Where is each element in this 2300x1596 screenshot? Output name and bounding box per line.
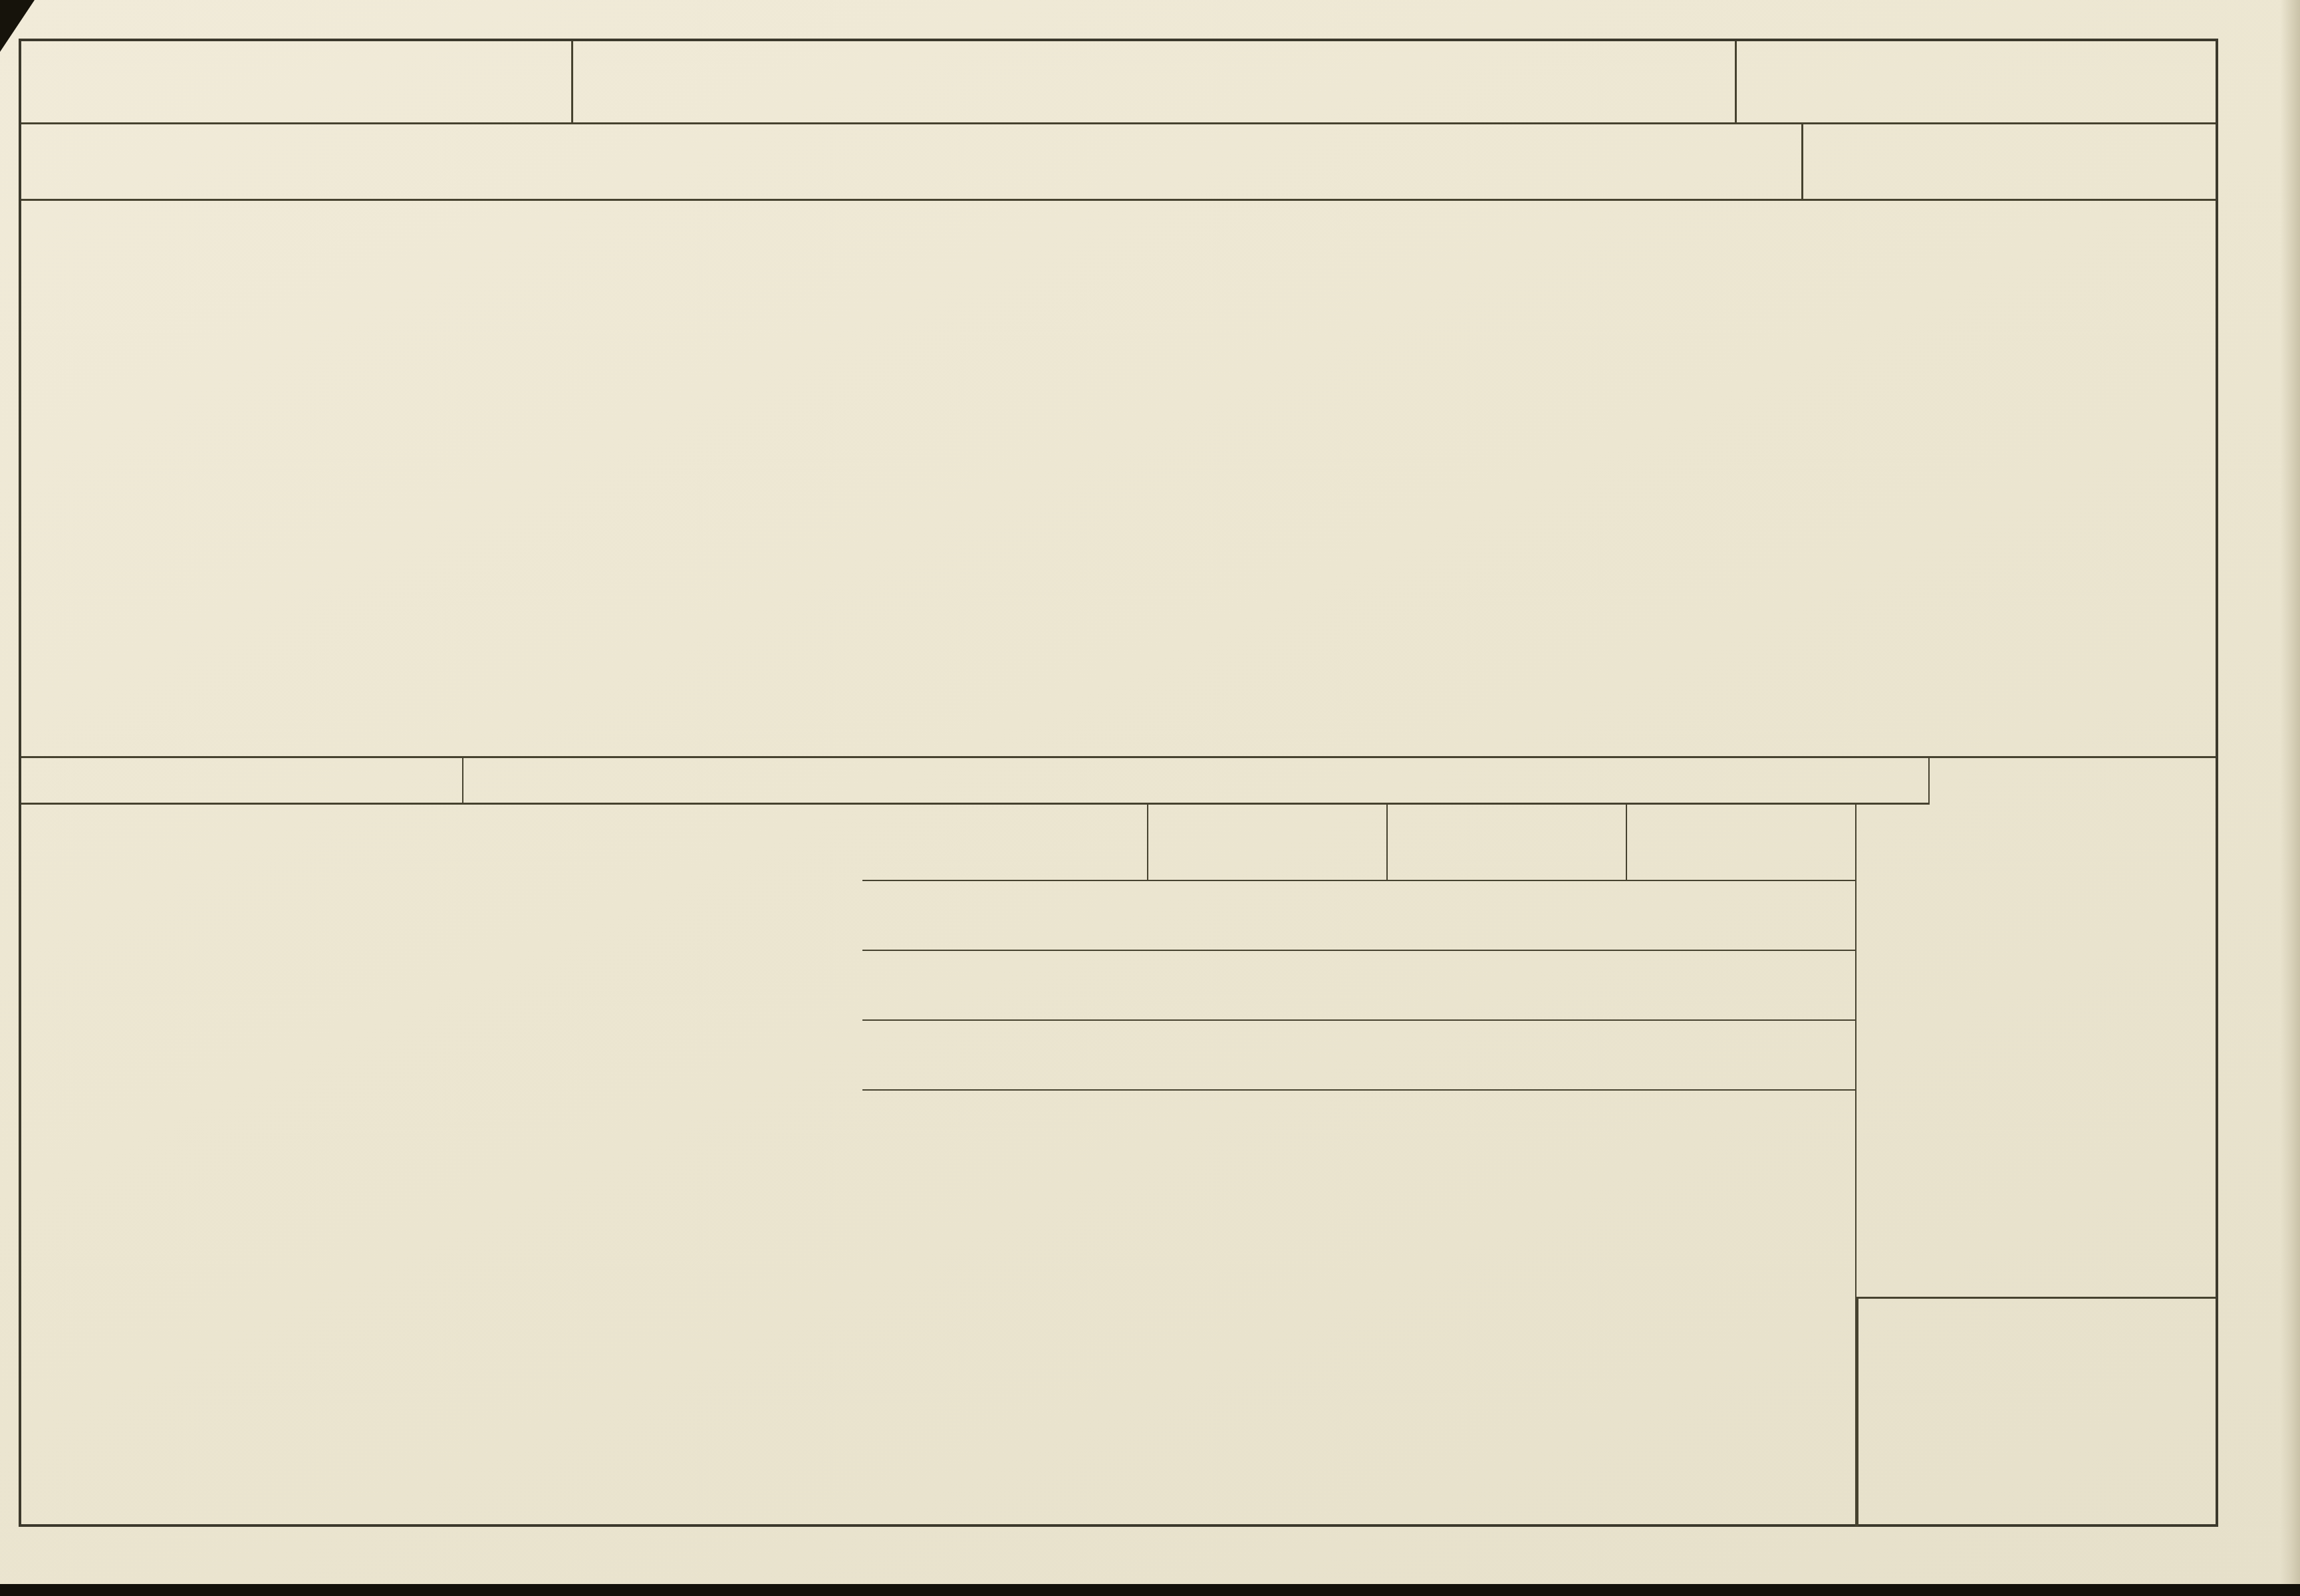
form-header-row (21, 41, 2216, 124)
hull-no-value (872, 873, 1140, 876)
place-built-cell (862, 951, 1856, 1021)
identification-cell (21, 41, 573, 122)
hull-no-cell (862, 805, 1148, 880)
paper-edge (2280, 0, 2300, 1584)
build-dates-strip (862, 805, 1856, 881)
owners-cell (862, 1091, 1856, 1526)
scan-bottom-edge (0, 1584, 2300, 1596)
classification-table (21, 201, 2216, 758)
ship-description-form (19, 39, 2218, 1527)
other-particulars-header (463, 758, 1930, 805)
name-of-builder-cell (862, 881, 1856, 951)
ship-name-row (21, 124, 2216, 201)
dimensions-header (21, 758, 463, 805)
agency-cell (1737, 41, 2216, 122)
keel-laid-cell (1148, 805, 1388, 880)
launched-cell (1388, 805, 1627, 880)
launched-value (1586, 873, 1619, 876)
title-cell (573, 41, 1737, 122)
scan-corner-artifact (0, 0, 35, 52)
particulars-table (21, 758, 2216, 1526)
keel-laid-value (1158, 873, 1380, 876)
delivered-value (1636, 873, 1850, 876)
year-built-cell (1803, 124, 2216, 199)
name-of-ship-cell (21, 124, 1803, 199)
sister-ships-cell (1856, 1297, 2216, 1526)
port-of-registry-cell (862, 1021, 1856, 1091)
delivered-cell (1627, 805, 1856, 880)
